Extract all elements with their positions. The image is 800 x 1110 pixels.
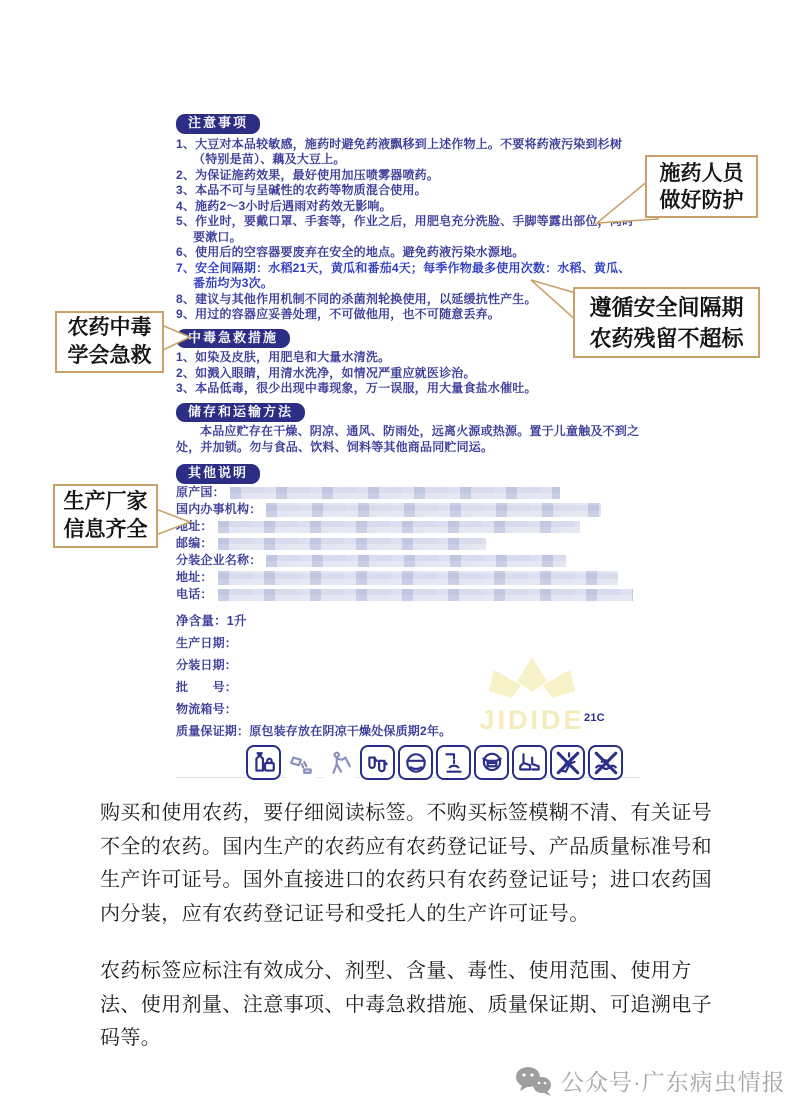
callout-line: 做好防护 — [660, 187, 744, 214]
section-header-first-aid: 中毒急救措施 — [176, 329, 290, 349]
safety-pictogram-row — [246, 745, 642, 780]
callout-applicator-protection: 施药人员 做好防护 — [645, 155, 758, 218]
field-label: 国内办事机构： — [176, 502, 261, 518]
callout-line: 遵循安全间隔期 — [589, 292, 743, 323]
section-header-notes: 注意事项 — [176, 114, 260, 134]
field-label: 邮编： — [176, 536, 213, 552]
redacted-value — [218, 538, 486, 550]
redacted-value — [218, 521, 580, 533]
first-aid-item: 3、本品低毒，很少出现中毒现象，万一误服，用大量食盐水催吐。 — [176, 381, 642, 397]
wear-boots-pictogram — [512, 745, 547, 780]
field-row: 原产国： — [176, 486, 642, 501]
note-item: 6、使用后的空容器要废弃在安全的地点。避免药液污染水源地。 — [176, 245, 642, 261]
other-fields: 原产国： 国内办事机构： 地址： 邮编： 分装企业名称： 地址： — [176, 486, 642, 603]
callout-poison-first-aid: 农药中毒 学会急救 — [55, 311, 164, 373]
section-header-other: 其他说明 — [176, 464, 260, 484]
redacted-value — [218, 589, 633, 601]
field-label: 电话： — [176, 587, 213, 603]
field-label: 地址： — [176, 519, 213, 535]
redacted-value — [266, 503, 601, 517]
footer-account-name: 公众号·广东病虫情报 — [561, 1064, 786, 1097]
redacted-value — [218, 571, 618, 585]
store-locked-pictogram — [246, 745, 281, 780]
note-item: 5、作业时，要戴口罩、手套等，作业之后，用肥皂充分洗脸、手脚等露出部位，同时要漱… — [176, 214, 642, 245]
callout-line: 生产厂家 — [64, 488, 148, 516]
note-item: 3、本品不可与呈碱性的农药等物质混合使用。 — [176, 183, 642, 199]
wear-face-shield-pictogram — [398, 745, 433, 780]
wear-mask-pictogram — [474, 745, 509, 780]
no-spray-drift-pictogram — [550, 745, 585, 780]
wechat-icon — [514, 1065, 552, 1097]
field-label: 原产国： — [176, 485, 225, 501]
pour-carefully-pictogram — [284, 745, 319, 780]
storage-text: 本品应贮存在干燥、阴凉、通风、防雨处，远离火源或热源。置于儿童触及不到之处，并加… — [176, 424, 642, 455]
callout-producer-info: 生产厂家 信息齐全 — [53, 484, 158, 548]
callout-line: 信息齐全 — [64, 516, 148, 544]
leaf-watermark-icon — [467, 658, 597, 708]
first-aid-item: 2、如溅入眼睛，用清水洗净，如情况严重应就医诊治。 — [176, 366, 642, 382]
callout-line: 施药人员 — [660, 160, 744, 187]
no-water-pollution-pictogram — [588, 745, 623, 780]
wear-gloves-pictogram — [360, 745, 395, 780]
callout-line: 农药残留不超标 — [589, 323, 743, 354]
note-item: 1、大豆对本品较敏感，施药时避免药液飘移到上述作物上。不要将药液污染到杉树（特别… — [176, 137, 642, 168]
field-row: 地址： — [176, 520, 642, 535]
field-row: 电话： — [176, 588, 642, 603]
label-code: 21C — [584, 711, 605, 727]
note-item: 2、为保证施药效果，最好使用加压喷雾器喷药。 — [176, 168, 642, 184]
field-row: 国内办事机构： — [176, 503, 642, 518]
field-row: 分装企业名称： — [176, 554, 642, 569]
article-paragraph-2: 农药标签应标注有效成分、剂型、含量、毒性、使用范围、使用方法、使用剂量、注意事项… — [100, 955, 716, 1056]
net-content: 净含量：1升 — [176, 614, 642, 630]
field-label: 分装企业名称： — [176, 553, 261, 569]
production-date: 生产日期： — [176, 636, 642, 652]
spray-direction-pictogram — [322, 745, 357, 780]
callout-line: 农药中毒 — [68, 314, 152, 342]
field-row: 地址： — [176, 571, 642, 586]
field-row: 邮编： — [176, 537, 642, 552]
redacted-value — [230, 487, 560, 499]
pesticide-label: JIDIDE 注意事项 1、大豆对本品较敏感，施药时避免药液飘移到上述作物上。不… — [176, 114, 642, 780]
redacted-value — [266, 555, 566, 567]
wechat-footer: 公众号·广东病虫情报 — [514, 1064, 786, 1097]
callout-line: 学会急救 — [68, 342, 152, 370]
section-header-storage: 储存和运输方法 — [176, 403, 305, 423]
field-label: 地址： — [176, 570, 213, 586]
note-item: 4、施药2～3小时后遇雨对药效无影响。 — [176, 199, 642, 215]
wash-hands-pictogram — [436, 745, 471, 780]
callout-safety-interval: 遵循安全间隔期 农药残留不超标 — [573, 287, 760, 358]
article-paragraph-1: 购买和使用农药，要仔细阅读标签。不购买标签模糊不清、有关证号不全的农药。国内生产… — [100, 797, 716, 931]
